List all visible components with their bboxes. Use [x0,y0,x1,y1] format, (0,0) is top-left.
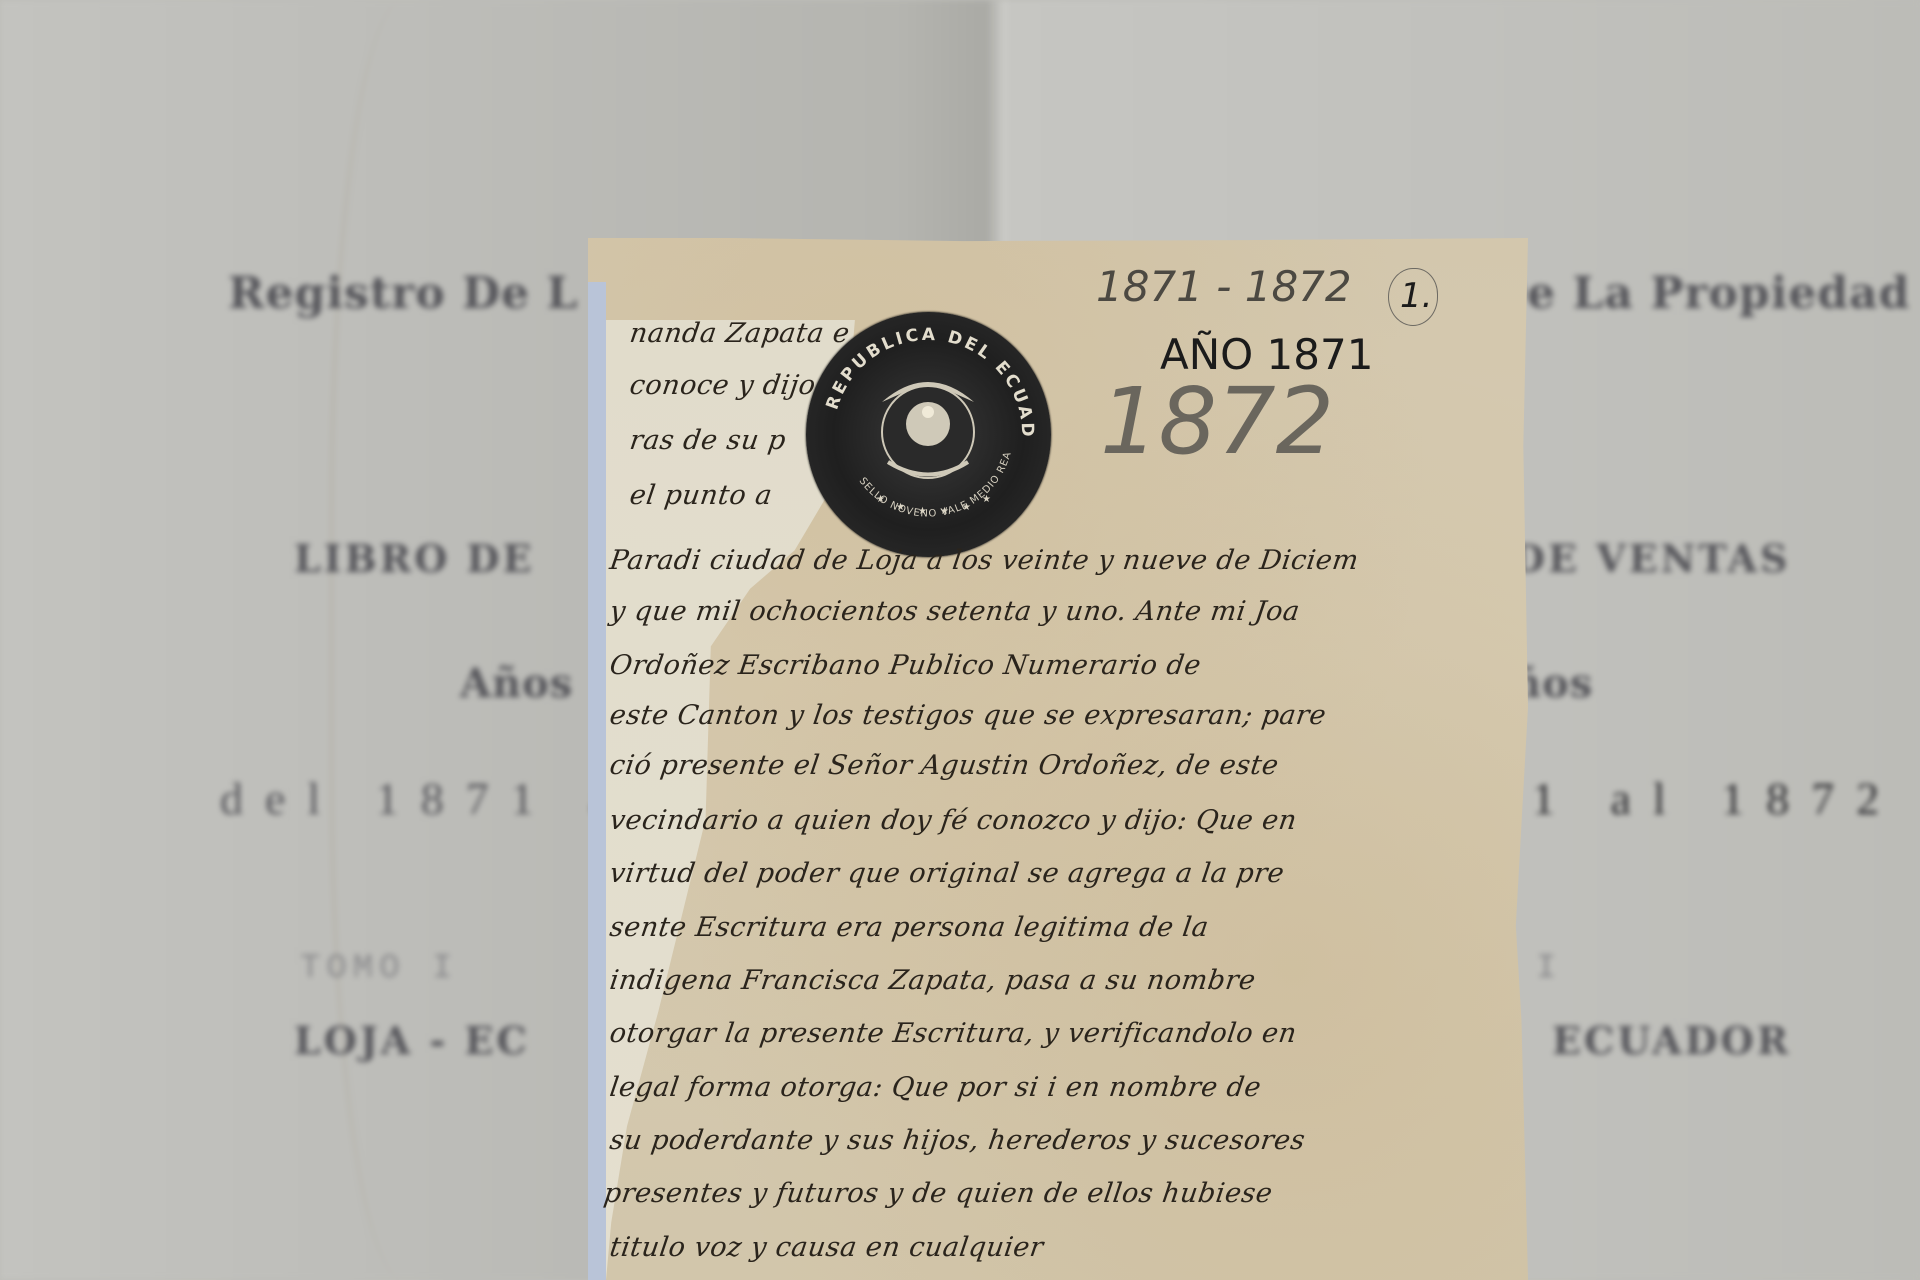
svg-text:★: ★ [876,494,885,505]
handwriting-line: y que mil ochocientos setenta y uno. Ant… [608,596,1302,627]
left-page-subtitle: LIBRO DE [294,536,534,581]
left-page-range: del 1871 a [220,772,632,825]
left-page-years-label: Años [460,660,573,707]
handwriting-line: este Canton y los testigos que se expres… [608,700,1328,731]
svg-text:★: ★ [918,506,927,517]
handwriting-line: Paradi ciudad de Loja a los veinte y nue… [608,545,1361,576]
handwriting-line: ció presente el Señor Agustin Ordoñez, d… [608,750,1281,781]
left-page-title: Registro De L [228,268,578,319]
handwriting-line: titulo voz y causa en cualquier [608,1232,1046,1263]
svg-text:★: ★ [940,506,949,517]
handwriting-line: ras de su p [628,425,788,456]
handwriting-line: su poderdante y sus hijos, herederos y s… [608,1125,1307,1156]
svg-text:★: ★ [896,502,905,513]
handwriting-line: Ordoñez Escribano Publico Numerario de [608,650,1203,681]
pencil-date-range: 1871 - 1872 [1096,262,1352,311]
handwriting-line: nanda Zapata e [628,318,852,349]
left-page-place: LOJA - EC [294,1018,530,1063]
handwriting-line: indigena Francisca Zapata, pasa a su nom… [608,965,1258,996]
right-page-subtitle: DE VENTAS [1512,536,1790,581]
svg-text:★: ★ [962,502,971,513]
svg-text:★: ★ [982,494,991,505]
right-page-place: ECUADOR [1552,1018,1791,1063]
left-page-volume: TOMO I [300,950,458,988]
right-page-title: De La Propiedad [1488,268,1910,319]
handwriting-line: virtud del poder que original se agrega … [608,858,1286,889]
handwriting-line: otorgar la presente Escritura, y verific… [608,1018,1299,1049]
handwriting-line: sente Escritura era persona legitima de … [608,912,1211,943]
water-stain [330,0,513,1280]
handwriting-line: presentes y futuros y de quien de ellos … [602,1178,1275,1209]
pencil-year-large: 1872 [1100,368,1334,475]
folio-number: 1. [1400,276,1432,316]
right-page-range: 1 al 1872 [1532,772,1901,825]
handwriting-line: conoce y dijo [628,370,818,401]
blue-backing-strip [588,282,606,1280]
right-page-volume: I [1536,950,1562,988]
handwriting-line: legal forma otorga: Que por si i en nomb… [608,1072,1263,1103]
handwriting-line: el punto a [628,480,774,511]
handwriting-line: vecindario a quien doy fé conozco y dijo… [608,805,1299,836]
